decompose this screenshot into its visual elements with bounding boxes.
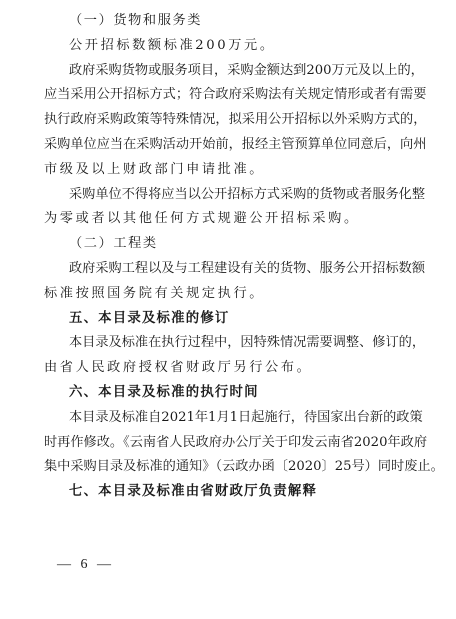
- subheading-engineering: （二）工程类: [44, 232, 412, 257]
- heading-interpretation: 七、本目录及标准由省财政厅负责解释: [44, 480, 412, 505]
- document-page: （一）货物和服务类 公开招标数额标准200万元。 政府采购货物或服务项目，采购金…: [44, 9, 412, 505]
- paragraph-line: 采购单位应当在采购活动开始前，报经主管预算单位同意后，向州: [44, 133, 412, 158]
- paragraph-line: 时再作修改。《云南省人民政府办公厅关于印发云南省2020年政府: [44, 431, 412, 456]
- paragraph-line: 公开招标数额标准200万元。: [44, 34, 412, 59]
- paragraph-line: 政府采购货物或服务项目，采购金额达到200万元及以上的，: [44, 59, 412, 84]
- page-number: — 6 —: [57, 557, 114, 573]
- paragraph-line: 应当采用公开招标方式；符合政府采购法有关规定情形或者有需要: [44, 83, 412, 108]
- heading-effective-date: 六、本目录及标准的执行时间: [44, 381, 412, 406]
- subheading-goods-services: （一）货物和服务类: [44, 9, 412, 34]
- paragraph-line: 标准按照国务院有关规定执行。: [44, 282, 412, 307]
- paragraph-line: 本目录及标准在执行过程中，因特殊情况需要调整、修订的，: [44, 331, 412, 356]
- paragraph-line: 为零或者以其他任何方式规避公开招标采购。: [44, 207, 412, 232]
- paragraph-line: 市级及以上财政部门申请批准。: [44, 158, 412, 183]
- paragraph-line: 采购单位不得将应当以公开招标方式采购的货物或者服务化整: [44, 183, 412, 208]
- heading-revision: 五、本目录及标准的修订: [44, 307, 412, 332]
- paragraph-line: 集中采购目录及标准的通知》（云政办函〔2020〕25号）同时废止。: [44, 455, 412, 480]
- paragraph-line: 本目录及标准自2021年1月1日起施行，待国家出台新的政策: [44, 406, 412, 431]
- paragraph-line: 执行政府采购政策等特殊情况，拟采用公开招标以外采购方式的，: [44, 108, 412, 133]
- paragraph-line: 由省人民政府授权省财政厅另行公布。: [44, 356, 412, 381]
- paragraph-line: 政府采购工程以及与工程建设有关的货物、服务公开招标数额: [44, 257, 412, 282]
